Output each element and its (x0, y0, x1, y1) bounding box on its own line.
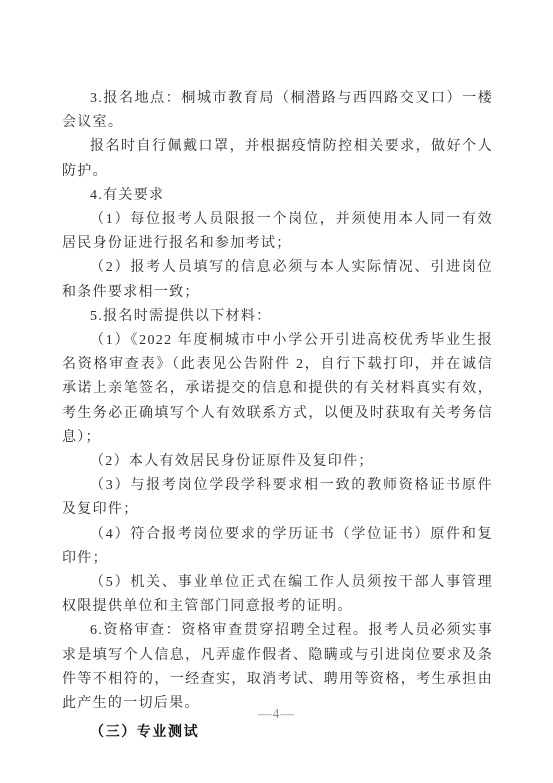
document-page: 3.报名地点：桐城市教育局（桐潜路与西四路交叉口）一楼会议室。 报名时自行佩戴口… (0, 0, 553, 783)
page-number: —4— (0, 705, 553, 723)
paragraph-material-2: （2）本人有效居民身份证原件及复印件； (62, 450, 493, 474)
paragraph-requirement-1: （1）每位报考人员限报一个岗位，并须使用本人同一有效居民身份证进行报名和参加考试… (62, 208, 493, 256)
paragraph-qualification-review: 6.资格审查：资格审查贯穿招聘全过程。报考人员必须实事求是填写个人信息，凡弄虚作… (62, 619, 493, 716)
paragraph-registration-location: 3.报名地点：桐城市教育局（桐潜路与西四路交叉口）一楼会议室。 (62, 87, 493, 135)
paragraph-requirement-2: （2）报考人员填写的信息必须与本人实际情况、引进岗位和条件要求相一致； (62, 256, 493, 304)
paragraph-material-4: （4）符合报考岗位要求的学历证书（学位证书）原件和复印件； (62, 523, 493, 571)
paragraph-mask-requirement: 报名时自行佩戴口罩，并根据疫情防控相关要求，做好个人防护。 (62, 135, 493, 183)
paragraph-materials-title: 5.报名时需提供以下材料： (62, 305, 493, 329)
paragraph-material-3: （3）与报考岗位学段学科要求相一致的教师资格证书原件及复印件； (62, 474, 493, 522)
document-body: 3.报名地点：桐城市教育局（桐潜路与西四路交叉口）一楼会议室。 报名时自行佩戴口… (62, 87, 493, 743)
paragraph-material-1: （1）《2022 年度桐城市中小学公开引进高校优秀毕业生报名资格审查表》（此表见… (62, 329, 493, 450)
paragraph-material-5: （5）机关、事业单位正式在编工作人员须按干部人事管理权限提供单位和主管部门同意报… (62, 571, 493, 619)
paragraph-requirements-title: 4.有关要求 (62, 184, 493, 208)
